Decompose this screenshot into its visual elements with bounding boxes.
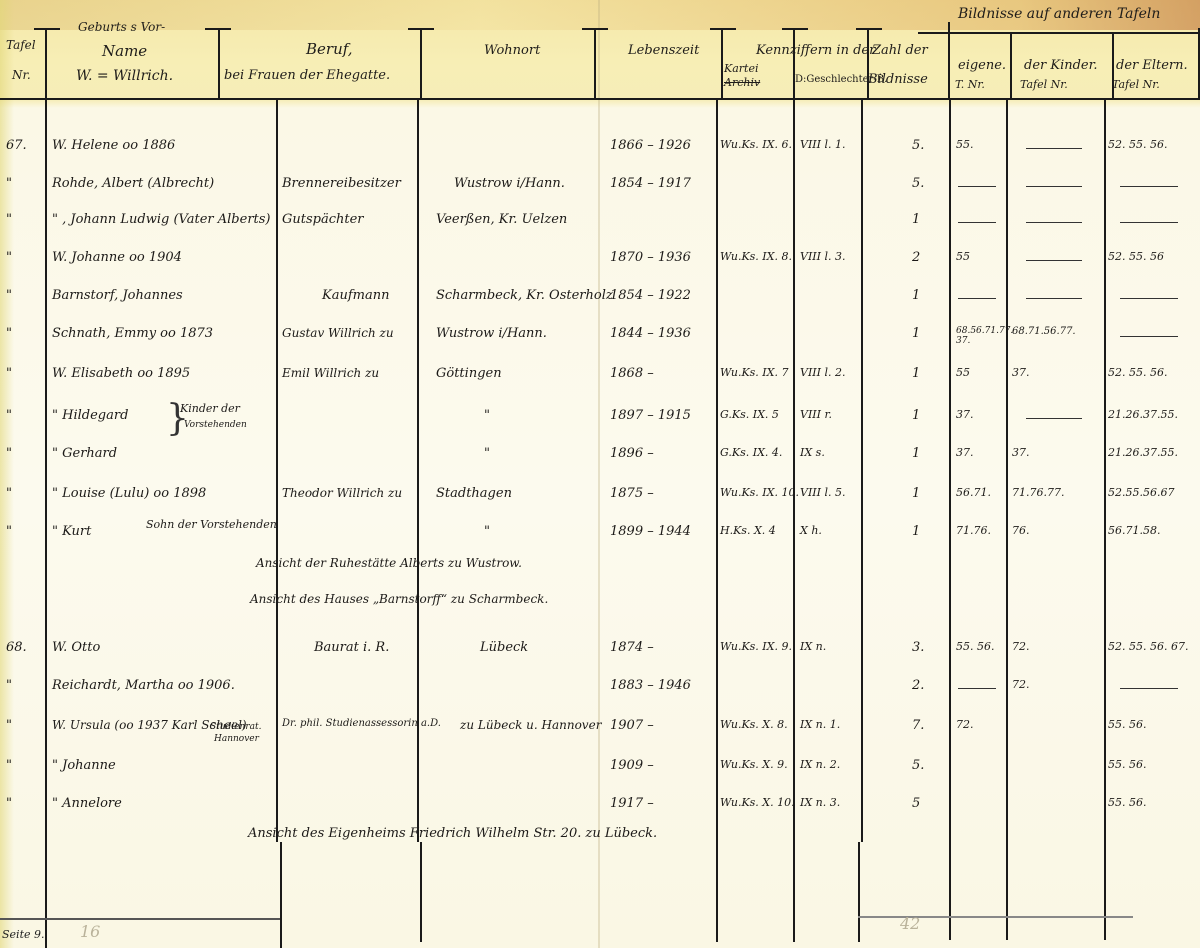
row-zahl: 1 bbox=[912, 326, 920, 341]
row-lebenszeit: 1883 – 1946 bbox=[610, 678, 691, 693]
row-tafel: " bbox=[6, 326, 12, 341]
row-name: " Hildegard bbox=[52, 408, 128, 423]
row-lebenszeit: 1844 – 1936 bbox=[610, 326, 691, 341]
row-zahl: 5 bbox=[912, 796, 920, 811]
row-eigene: 37. bbox=[956, 408, 974, 421]
row-eltern: 52. 55. 56. bbox=[1108, 138, 1167, 151]
brace: } bbox=[166, 398, 189, 439]
col-rule-beruf bbox=[276, 100, 278, 842]
note-studienrat: Studienrat. bbox=[210, 722, 262, 732]
row-eltern: 55. 56. bbox=[1108, 796, 1146, 809]
row-kartei: Wu.Ks. IX. 10. bbox=[720, 486, 799, 499]
row-name: Reichardt, Martha oo 1906. bbox=[52, 678, 235, 693]
row-kartei: Wu.Ks. IX. 9. bbox=[720, 640, 792, 653]
row-kartei: Wu.Ks. X. 8. bbox=[720, 718, 788, 731]
empty-dash bbox=[1120, 688, 1178, 689]
header-zahl-der: Zahl der bbox=[872, 43, 928, 58]
row-zahl: 1 bbox=[912, 446, 920, 461]
col-rule-eigene bbox=[949, 100, 951, 940]
row-name: W. Elisabeth oo 1895 bbox=[52, 366, 190, 381]
row-tafel: " bbox=[6, 524, 12, 539]
row-geschlechter: VIII r. bbox=[800, 408, 832, 421]
row-lebenszeit: 1854 – 1922 bbox=[610, 288, 691, 303]
row-zahl: 5. bbox=[912, 176, 924, 191]
row-tafel: " bbox=[6, 408, 12, 423]
row-beruf: Gustav Willrich zu bbox=[282, 326, 394, 340]
row-eigene: 71.76. bbox=[956, 524, 991, 537]
row-lebenszeit: 1870 – 1936 bbox=[610, 250, 691, 265]
row-eigene: 72. bbox=[956, 718, 974, 731]
row-beruf: Brennereibesitzer bbox=[282, 176, 401, 191]
empty-dash bbox=[1120, 298, 1178, 299]
col-rule-wohnort bbox=[417, 100, 419, 842]
note-ansicht-ruhestaette: Ansicht der Ruhestätte Alberts zu Wustro… bbox=[256, 556, 522, 570]
row-wohnort: Göttingen bbox=[436, 366, 502, 381]
row-zahl: 2. bbox=[912, 678, 924, 693]
row-kartei: Wu.Ks. IX. 6. bbox=[720, 138, 792, 151]
row-name: W. Otto bbox=[52, 640, 100, 655]
row-beruf: Emil Willrich zu bbox=[282, 366, 379, 380]
row-geschlechter: X h. bbox=[800, 524, 822, 537]
row-tafel: 67. bbox=[6, 138, 27, 153]
header-eigene: eigene. bbox=[958, 58, 1006, 73]
empty-dash bbox=[1120, 336, 1178, 337]
empty-dash bbox=[1120, 186, 1178, 187]
row-eigene: 55. bbox=[956, 138, 974, 151]
row-lebenszeit: 1917 – bbox=[610, 796, 654, 811]
empty-dash bbox=[1120, 222, 1178, 223]
row-lebenszeit: 1909 – bbox=[610, 758, 654, 773]
row-lebenszeit: 1899 – 1944 bbox=[610, 524, 691, 539]
row-eltern: 56.71.58. bbox=[1108, 524, 1160, 537]
faint-page-number-left: 16 bbox=[80, 922, 100, 941]
row-wohnort: Wustrow i/Hann. bbox=[436, 326, 547, 341]
empty-dash bbox=[1026, 222, 1082, 223]
note-kinder-der: Kinder der bbox=[180, 402, 240, 415]
row-eltern: 52.55.56.67 bbox=[1108, 486, 1174, 499]
empty-dash bbox=[1026, 186, 1082, 187]
row-eigene: 37. bbox=[956, 446, 974, 459]
row-zahl: 1 bbox=[912, 212, 920, 227]
row-name: Barnstorf, Johannes bbox=[52, 288, 183, 303]
row-kinder: 37. bbox=[1012, 446, 1030, 459]
row-kinder: 72. bbox=[1012, 640, 1030, 653]
paper-fold bbox=[598, 0, 600, 948]
col-rule-eltern bbox=[1104, 100, 1106, 940]
row-kinder: 37. bbox=[1012, 366, 1030, 379]
row-wohnort: Lübeck bbox=[480, 640, 528, 655]
empty-dash bbox=[958, 688, 996, 689]
row-lebenszeit: 1874 – bbox=[610, 640, 654, 655]
row-zahl: 1 bbox=[912, 366, 920, 381]
row-eltern: 52. 55. 56. bbox=[1108, 366, 1167, 379]
row-lebenszeit: 1896 – bbox=[610, 446, 654, 461]
header-beruf: Beruf, bbox=[306, 40, 353, 58]
row-geschlechter: IX n. 1. bbox=[800, 718, 840, 731]
empty-dash bbox=[1026, 298, 1082, 299]
note-hannover: Hannover bbox=[214, 734, 259, 744]
row-kinder: 76. bbox=[1012, 524, 1030, 537]
col-rule-geschlechter bbox=[793, 100, 795, 842]
bildnisse-group-rule bbox=[918, 32, 1200, 34]
row-wohnort: Scharmbeck, Kr. Osterholz bbox=[436, 288, 613, 303]
row-wohnort: zu Lübeck u. Hannover bbox=[460, 718, 601, 732]
header-eltern-tafel: Tafel Nr. bbox=[1112, 78, 1160, 91]
row-name: W. Helene oo 1886 bbox=[52, 138, 175, 153]
header-lebenszeit: Lebenszeit bbox=[628, 43, 699, 58]
note-ansicht-hauses: Ansicht des Hauses „Barnstorff“ zu Schar… bbox=[250, 592, 548, 606]
row-name: " Annelore bbox=[52, 796, 122, 811]
empty-dash bbox=[1026, 418, 1082, 419]
header-archiv: Archiv bbox=[724, 76, 760, 89]
empty-dash bbox=[1026, 148, 1082, 149]
row-beruf: Dr. phil. Studienassessorin a.D. bbox=[282, 718, 441, 729]
row-tafel: 68. bbox=[6, 640, 27, 655]
row-eltern: 55. 56. bbox=[1108, 718, 1146, 731]
row-eltern: 55. 56. bbox=[1108, 758, 1146, 771]
row-tafel: " bbox=[6, 446, 12, 461]
row-tafel: " bbox=[6, 758, 12, 773]
row-eigene: 55 bbox=[956, 366, 970, 379]
row-eltern: 52. 55. 56. 67. bbox=[1108, 640, 1188, 653]
empty-dash bbox=[958, 298, 996, 299]
row-kartei: G.Ks. IX. 4. bbox=[720, 446, 782, 459]
note-vorstehenden: Vorstehenden bbox=[184, 420, 247, 430]
row-tafel: " bbox=[6, 212, 12, 227]
row-tafel: " bbox=[6, 486, 12, 501]
row-tafel: " bbox=[6, 366, 12, 381]
header-kennziffern: Kennziffern in der bbox=[756, 43, 875, 58]
empty-dash bbox=[958, 222, 996, 223]
row-wohnort: " bbox=[484, 408, 490, 423]
header-name: Name bbox=[102, 42, 147, 60]
row-geschlechter: IX n. 3. bbox=[800, 796, 840, 809]
row-lebenszeit: 1866 – 1926 bbox=[610, 138, 691, 153]
row-lebenszeit: 1907 – bbox=[610, 718, 654, 733]
empty-dash bbox=[1026, 260, 1082, 261]
header-tafel: Tafel bbox=[6, 38, 36, 52]
row-name: " Louise (Lulu) oo 1898 bbox=[52, 486, 206, 501]
row-eltern: 21.26.37.55. bbox=[1108, 408, 1178, 421]
row-lebenszeit: 1854 – 1917 bbox=[610, 176, 691, 191]
row-name: Rohde, Albert (Albrecht) bbox=[52, 176, 214, 191]
row-name: W. Johanne oo 1904 bbox=[52, 250, 182, 265]
row-tafel: " bbox=[6, 796, 12, 811]
row-kinder: 71.76.77. bbox=[1012, 486, 1064, 499]
row-eltern: 52. 55. 56 bbox=[1108, 250, 1164, 263]
row-kartei: Wu.Ks. X. 9. bbox=[720, 758, 788, 771]
row-beruf: Kaufmann bbox=[322, 288, 389, 303]
page-label: Seite 9. bbox=[2, 928, 45, 941]
row-name: " Johanne bbox=[52, 758, 116, 773]
row-tafel: " bbox=[6, 678, 12, 693]
row-lebenszeit: 1875 – bbox=[610, 486, 654, 501]
row-tafel: " bbox=[6, 718, 12, 733]
header-nr: Nr. bbox=[12, 68, 31, 82]
row-eigene: 55 bbox=[956, 250, 970, 263]
row-wohnort: " bbox=[484, 446, 490, 461]
col-rule-zahl bbox=[861, 100, 863, 842]
row-kartei: Wu.Ks. X. 10. bbox=[720, 796, 795, 809]
footer-rule-left bbox=[0, 918, 280, 920]
row-lebenszeit: 1897 – 1915 bbox=[610, 408, 691, 423]
row-zahl: 5. bbox=[912, 758, 924, 773]
row-geschlechter: VIII l. 3. bbox=[800, 250, 845, 263]
header-der-eltern: der Eltern. bbox=[1116, 58, 1188, 73]
row-eigene: 68.56.71.77. 37. bbox=[956, 326, 1006, 346]
header-kartei: Kartei bbox=[724, 62, 758, 75]
row-kartei: H.Ks. X. 4 bbox=[720, 524, 776, 537]
row-zahl: 1 bbox=[912, 486, 920, 501]
row-eigene: 56.71. bbox=[956, 486, 991, 499]
row-geschlechter: IX s. bbox=[800, 446, 825, 459]
row-name: Schnath, Emmy oo 1873 bbox=[52, 326, 213, 341]
row-wohnort: " bbox=[484, 524, 490, 539]
row-lebenszeit: 1868 – bbox=[610, 366, 654, 381]
header-bildnisse: Bildnisse bbox=[868, 72, 928, 87]
row-beruf: Theodor Willrich zu bbox=[282, 486, 402, 500]
row-kartei: Wu.Ks. IX. 8. bbox=[720, 250, 792, 263]
row-zahl: 7. bbox=[912, 718, 924, 733]
row-wohnort: Wustrow i/Hann. bbox=[454, 176, 565, 191]
row-geschlechter: VIII l. 5. bbox=[800, 486, 845, 499]
header-beruf-sub: bei Frauen der Ehegatte. bbox=[224, 68, 390, 83]
header-kinder-tafel: Tafel Nr. bbox=[1020, 78, 1068, 91]
row-zahl: 2 bbox=[912, 250, 920, 265]
col-rule-name bbox=[45, 100, 47, 948]
row-zahl: 5. bbox=[912, 138, 924, 153]
header-bildnisse-auf-anderen: Bildnisse auf anderen Tafeln bbox=[958, 6, 1160, 22]
row-eigene: 55. 56. bbox=[956, 640, 994, 653]
row-name: " , Johann Ludwig (Vater Alberts) bbox=[52, 212, 271, 227]
header-wohnort: Wohnort bbox=[484, 43, 540, 58]
row-name: " Kurt bbox=[52, 524, 91, 539]
row-kinder: 72. bbox=[1012, 678, 1030, 691]
row-zahl: 1 bbox=[912, 288, 920, 303]
row-name: " Gerhard bbox=[52, 446, 117, 461]
row-wohnort: Veerßen, Kr. Uelzen bbox=[436, 212, 567, 227]
register-sheet: Tafel Nr. Geburts s Vor- Name W. = Willr… bbox=[0, 0, 1200, 948]
row-zahl: 1 bbox=[912, 408, 920, 423]
header-eigene-tnr: T. Nr. bbox=[955, 78, 985, 91]
row-geschlechter: VIII l. 1. bbox=[800, 138, 845, 151]
row-zahl: 1 bbox=[912, 524, 920, 539]
note-ansicht-eigenheim: Ansicht des Eigenheims Friedrich Wilhelm… bbox=[248, 826, 657, 841]
note-sohn-der-vorstehenden: Sohn der Vorstehenden bbox=[146, 518, 277, 531]
row-beruf: Baurat i. R. bbox=[314, 640, 389, 655]
row-zahl: 3. bbox=[912, 640, 924, 655]
header-geburts: Geburts s Vor- bbox=[78, 20, 165, 34]
row-kartei: Wu.Ks. IX. 7 bbox=[720, 366, 788, 379]
empty-dash bbox=[958, 186, 996, 187]
row-geschlechter: IX n. bbox=[800, 640, 826, 653]
row-wohnort: Stadthagen bbox=[436, 486, 512, 501]
faint-page-number-right: 42 bbox=[900, 914, 920, 933]
row-beruf: Gutspächter bbox=[282, 212, 364, 227]
col-rule-kinder bbox=[1006, 100, 1008, 940]
row-tafel: " bbox=[6, 176, 12, 191]
col-rule-kartei bbox=[716, 100, 718, 842]
row-eltern: 21.26.37.55. bbox=[1108, 446, 1178, 459]
row-tafel: " bbox=[6, 288, 12, 303]
row-tafel: " bbox=[6, 250, 12, 265]
row-kartei: G.Ks. IX. 5 bbox=[720, 408, 779, 421]
header-willrich-key: W. = Willrich. bbox=[76, 68, 173, 84]
row-geschlechter: VIII l. 2. bbox=[800, 366, 845, 379]
row-kinder: 68.71.56.77. bbox=[1012, 326, 1076, 337]
header-der-kinder: der Kinder. bbox=[1024, 58, 1098, 73]
row-geschlechter: IX n. 2. bbox=[800, 758, 840, 771]
header-rule bbox=[0, 98, 1200, 100]
